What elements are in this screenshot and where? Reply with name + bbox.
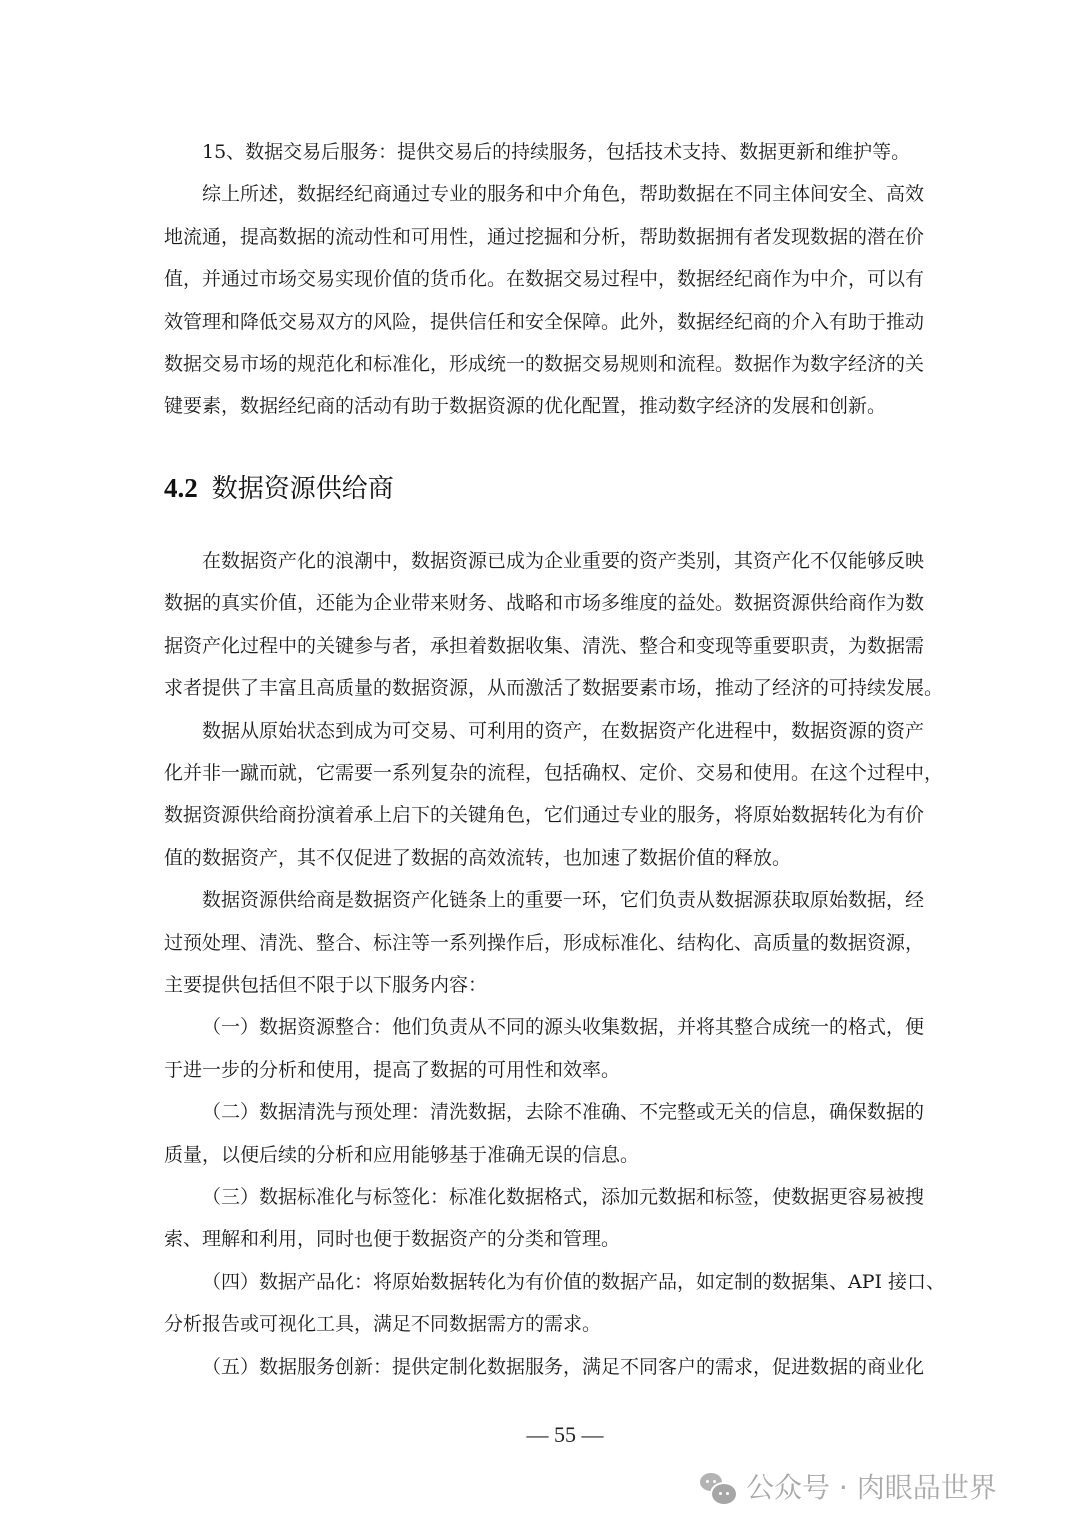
text-line: 主要提供包括但不限于以下服务内容： xyxy=(164,970,916,1000)
text-line: 数据资源供给商扮演着承上启下的关键角色，它们通过专业的服务，将原始数据转化为有价 xyxy=(164,800,916,830)
text-line: 在数据资产化的浪潮中，数据资源已成为企业重要的资产类别，其资产化不仅能够反映 xyxy=(202,546,916,576)
page-number: — 55 — xyxy=(500,1418,630,1452)
section-number: 4.2 xyxy=(164,473,198,503)
text-line: （三）数据标准化与标签化：标准化数据格式，添加元数据和标签，使数据更容易被搜 xyxy=(202,1182,916,1212)
text-line: （四）数据产品化：将原始数据转化为有价值的数据产品，如定制的数据集、API 接口… xyxy=(202,1267,916,1297)
text-line: 数据的真实价值，还能为企业带来财务、战略和市场多维度的益处。数据资源供给商作为数 xyxy=(164,588,916,618)
text-line: 数据资源供给商是数据资产化链条上的重要一环，它们负责从数据源获取原始数据，经 xyxy=(202,885,916,915)
text-line: 地流通，提高数据的流动性和可用性，通过挖掘和分析，帮助数据拥有者发现数据的潜在价 xyxy=(164,222,916,252)
text-line: 数据交易市场的规范化和标准化，形成统一的数据交易规则和流程。数据作为数字经济的关 xyxy=(164,349,916,379)
text-line: 值，并通过市场交易实现价值的货币化。在数据交易过程中，数据经纪商作为中介，可以有 xyxy=(164,264,916,294)
text-line: 过预处理、清洗、整合、标注等一系列操作后，形成标准化、结构化、高质量的数据资源， xyxy=(164,928,916,958)
text-line: 15、数据交易后服务：提供交易后的持续服务，包括技术支持、数据更新和维护等。 xyxy=(202,137,916,167)
text-line: 据资产化过程中的关键参与者，承担着数据收集、清洗、整合和变现等重要职责，为数据需 xyxy=(164,631,916,661)
watermark-text: 公众号 · 肉眼品世界 xyxy=(746,1466,997,1510)
text-line: 化并非一蹴而就，它需要一系列复杂的流程，包括确权、定价、交易和使用。在这个过程中… xyxy=(164,758,916,788)
text-line: 质量，以便后续的分析和应用能够基于准确无误的信息。 xyxy=(164,1140,916,1170)
text-line: 于进一步的分析和使用，提高了数据的可用性和效率。 xyxy=(164,1055,916,1085)
text-line: （五）数据服务创新：提供定制化数据服务，满足不同客户的需求，促进数据的商业化 xyxy=(202,1352,916,1382)
text-line: 分析报告或可视化工具，满足不同数据需方的需求。 xyxy=(164,1309,916,1339)
section-title: 数据资源供给商 xyxy=(212,474,394,504)
text-line: 键要素，数据经纪商的活动有助于数据资源的优化配置，推动数字经济的发展和创新。 xyxy=(164,391,916,421)
text-line: 综上所述，数据经纪商通过专业的服务和中介角色，帮助数据在不同主体间安全、高效 xyxy=(202,179,916,209)
document-page: 15、数据交易后服务：提供交易后的持续服务，包括技术支持、数据更新和维护等。综上… xyxy=(0,0,1080,1527)
text-line: （二）数据清洗与预处理：清洗数据，去除不准确、不完整或无关的信息，确保数据的 xyxy=(202,1097,916,1127)
section-heading: 4.2数据资源供给商 xyxy=(164,468,394,508)
text-line: （一）数据资源整合：他们负责从不同的源头收集数据，并将其整合成统一的格式，便 xyxy=(202,1012,916,1042)
text-line: 数据从原始状态到成为可交易、可利用的资产，在数据资产化进程中，数据资源的资产 xyxy=(202,716,916,746)
text-line: 值的数据资产，其不仅促进了数据的高效流转，也加速了数据价值的释放。 xyxy=(164,843,916,873)
wechat-icon xyxy=(700,1473,736,1503)
watermark: 公众号 · 肉眼品世界 xyxy=(700,1466,997,1510)
text-line: 索、理解和利用，同时也便于数据资产的分类和管理。 xyxy=(164,1224,916,1254)
text-line: 效管理和降低交易双方的风险，提供信任和安全保障。此外，数据经纪商的介入有助于推动 xyxy=(164,307,916,337)
text-line: 求者提供了丰富且高质量的数据资源，从而激活了数据要素市场，推动了经济的可持续发展… xyxy=(164,673,916,703)
